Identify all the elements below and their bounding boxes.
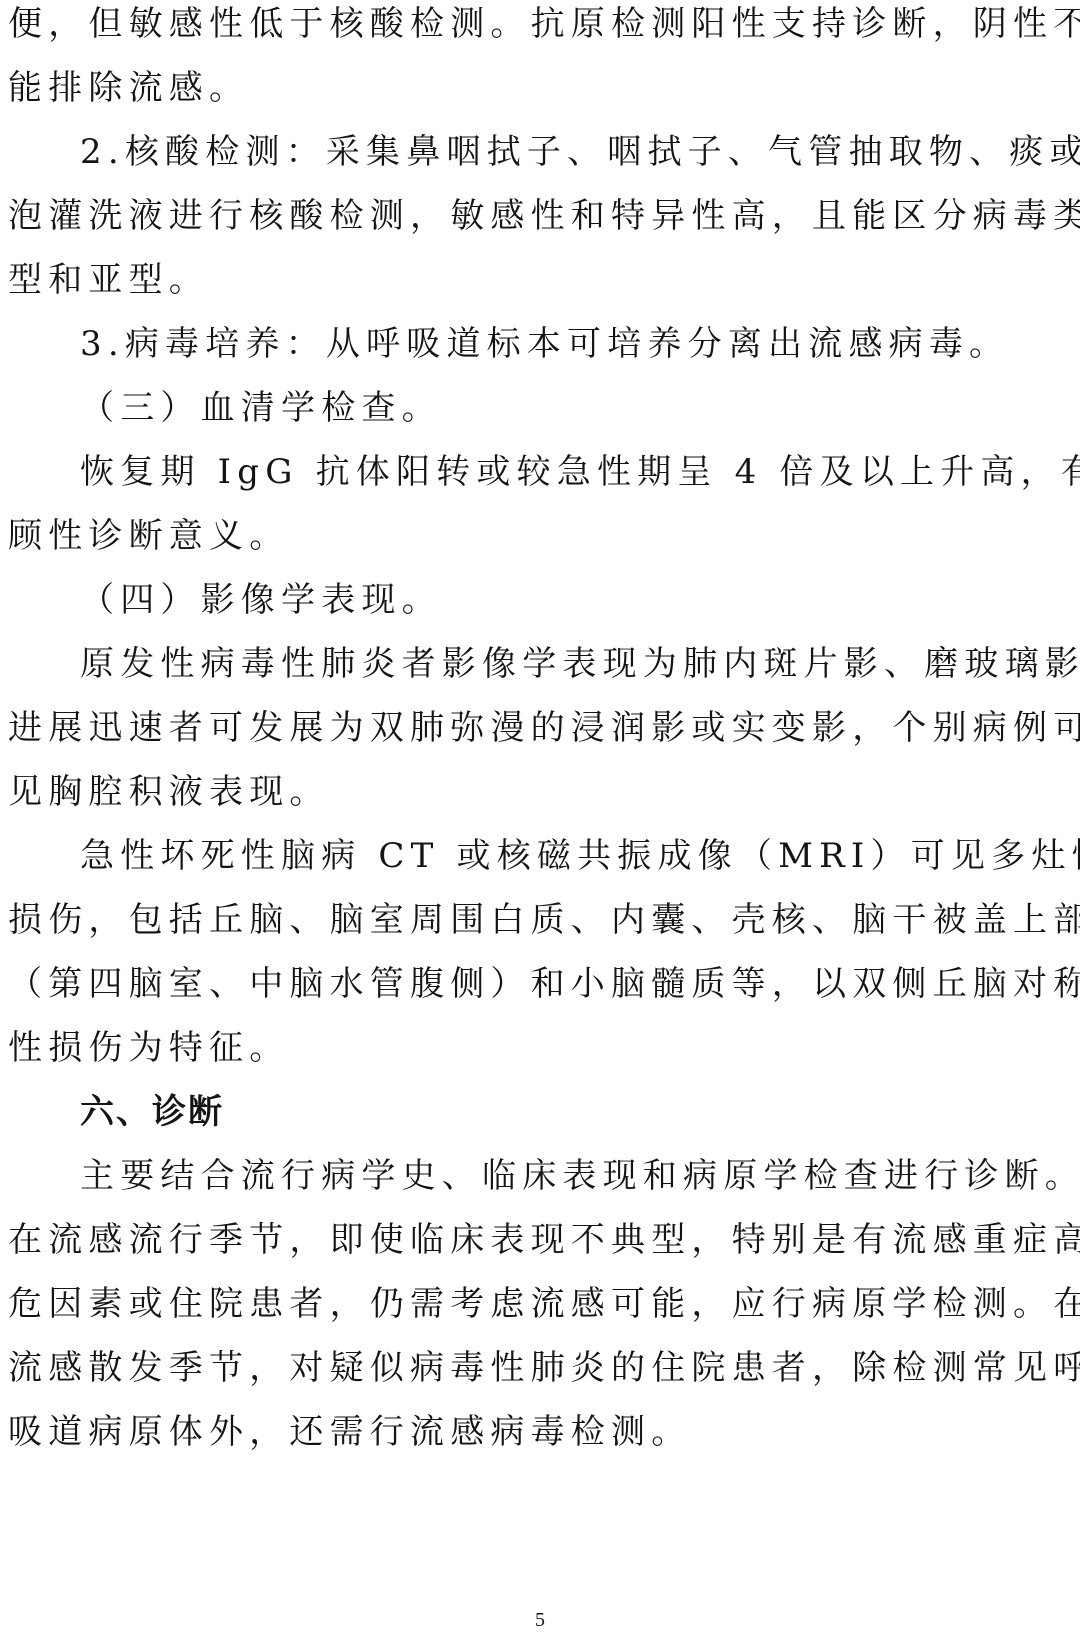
text-line: （第四脑室、中脑水管腹侧）和小脑髓质等，以双侧丘脑对称 — [8, 964, 1072, 1004]
text-line: 在流感流行季节，即使临床表现不典型，特别是有流感重症高 — [8, 1220, 1072, 1260]
text-line: 进展迅速者可发展为双肺弥漫的浸润影或实变影，个别病例可 — [8, 708, 1072, 748]
text-line: 见胸腔积液表现。 — [8, 772, 1072, 812]
document-page: 便，但敏感性低于核酸检测。抗原检测阳性支持诊断，阴性不 能排除流感。 2.核酸检… — [0, 0, 1080, 1648]
list-item-virus-culture: 3.病毒培养：从呼吸道标本可培养分离出流感病毒。 — [80, 324, 1072, 364]
paragraph-start: 急性坏死性脑病 CT 或核磁共振成像（MRI）可见多灶性脑 — [80, 836, 1072, 876]
paragraph-start: 主要结合流行病学史、临床表现和病原学检查进行诊断。 — [80, 1156, 1072, 1196]
text-line: 型和亚型。 — [8, 260, 1072, 300]
text-line: 泡灌洗液进行核酸检测，敏感性和特异性高，且能区分病毒类 — [8, 196, 1072, 236]
paragraph-start: 原发性病毒性肺炎者影像学表现为肺内斑片影、磨玻璃影； — [80, 644, 1072, 684]
paragraph-start: 恢复期 IgG 抗体阳转或较急性期呈 4 倍及以上升高，有回 — [80, 452, 1072, 492]
text-line: 性损伤为特征。 — [8, 1028, 1072, 1068]
text-line: 顾性诊断意义。 — [8, 516, 1072, 556]
text-line: 流感散发季节，对疑似病毒性肺炎的住院患者，除检测常见呼 — [8, 1348, 1072, 1388]
text-line: 损伤，包括丘脑、脑室周围白质、内囊、壳核、脑干被盖上部 — [8, 900, 1072, 940]
text-line: 吸道病原体外，还需行流感病毒检测。 — [8, 1412, 1072, 1452]
text-line: 危因素或住院患者，仍需考虑流感可能，应行病原学检测。在 — [8, 1284, 1072, 1324]
list-item-nucleic-acid-test: 2.核酸检测：采集鼻咽拭子、咽拭子、气管抽取物、痰或肺 — [80, 132, 1072, 172]
section-heading-diagnosis: 六、诊断 — [80, 1092, 1072, 1132]
subsection-heading-imaging: （四）影像学表现。 — [80, 580, 1072, 620]
text-line: 便，但敏感性低于核酸检测。抗原检测阳性支持诊断，阴性不 — [8, 4, 1072, 44]
text-line: 能排除流感。 — [8, 68, 1072, 108]
subsection-heading-serology: （三）血清学检查。 — [80, 388, 1072, 428]
page-number: 5 — [0, 1608, 1080, 1632]
